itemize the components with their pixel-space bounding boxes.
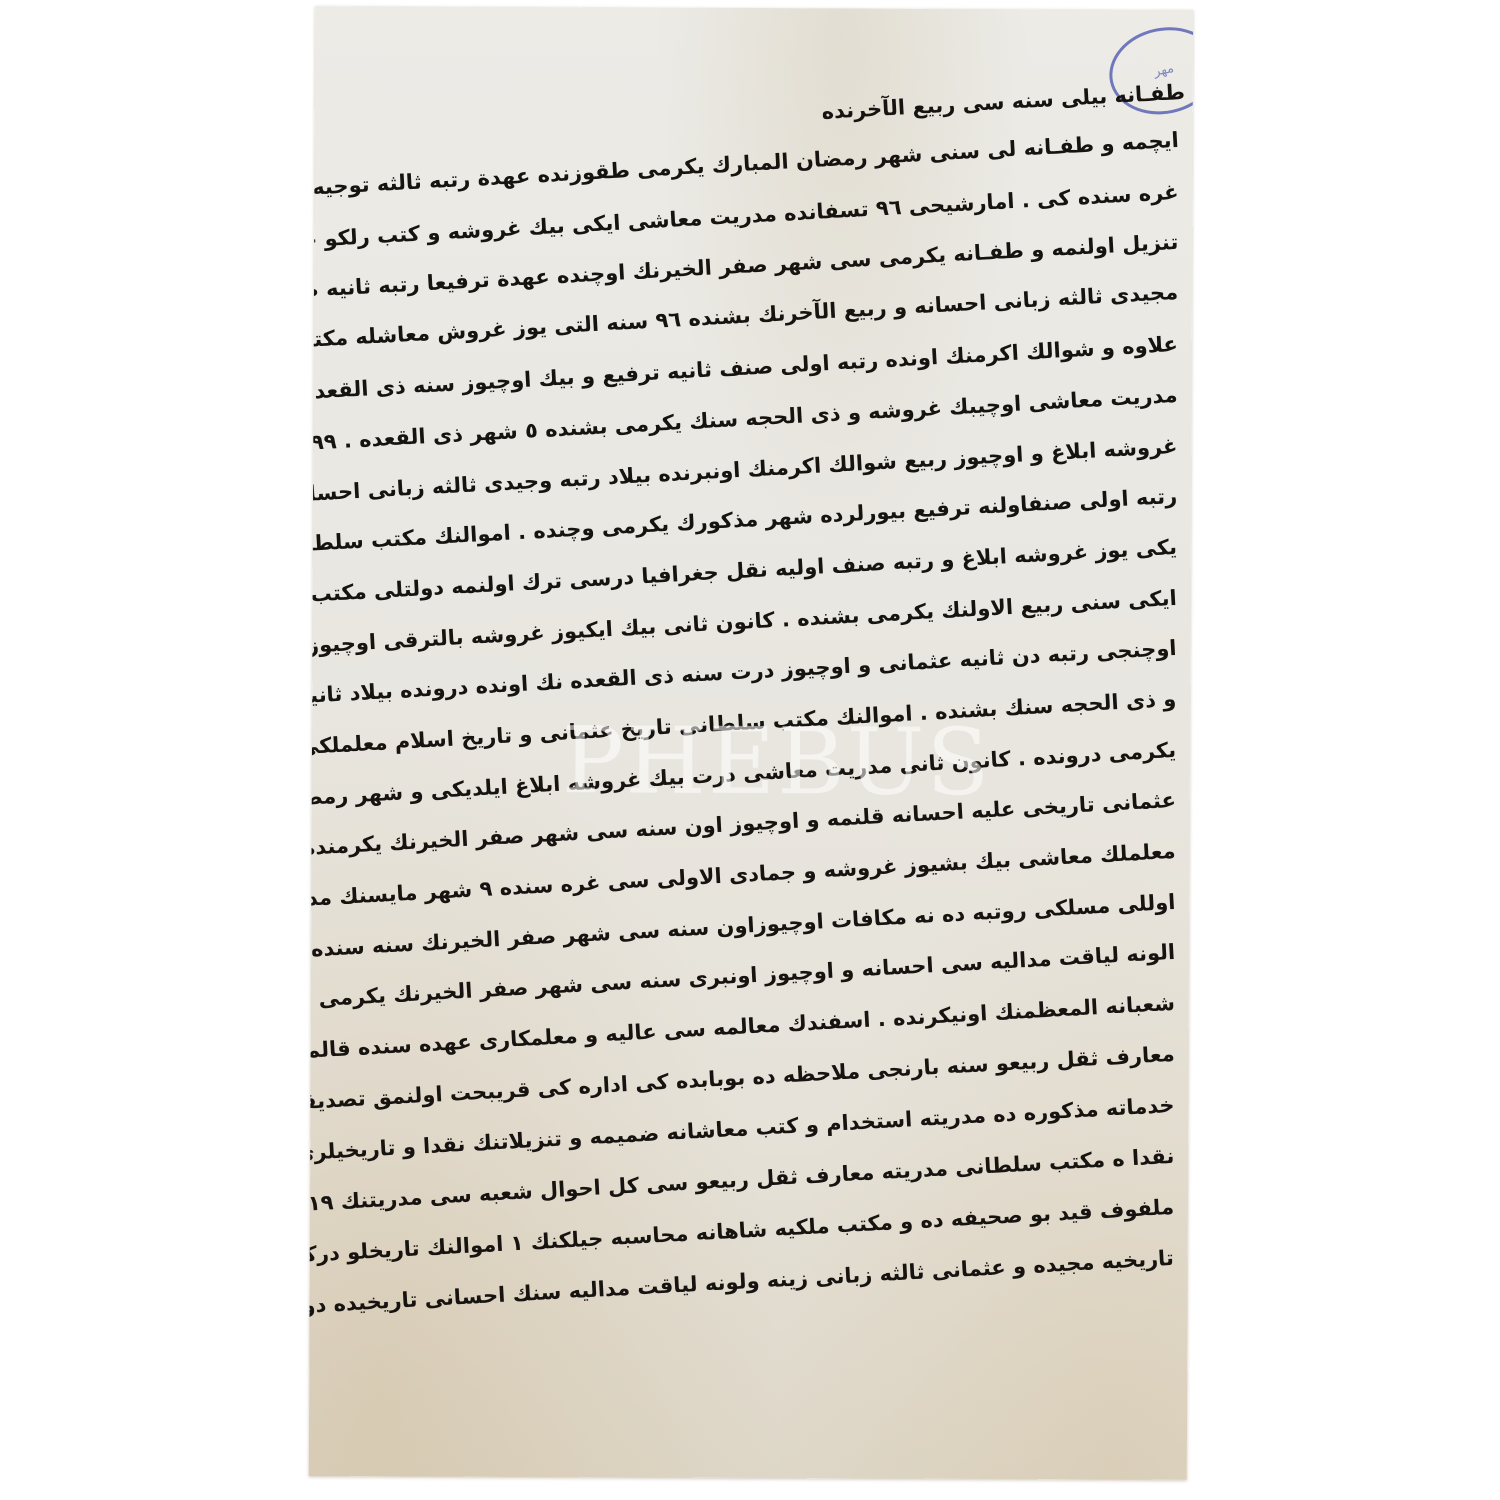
- manuscript-page: مهر طفـانه بيلى سنه سى ربيع الآخرنده ايچ…: [309, 6, 1193, 1480]
- stamp-text: مهر: [1152, 61, 1175, 80]
- text-line-1: طفـانه بيلى سنه سى ربيع الآخرنده: [823, 80, 1186, 124]
- manuscript-text-body: طفـانه بيلى سنه سى ربيع الآخرنده ايچمه و…: [317, 76, 1185, 1420]
